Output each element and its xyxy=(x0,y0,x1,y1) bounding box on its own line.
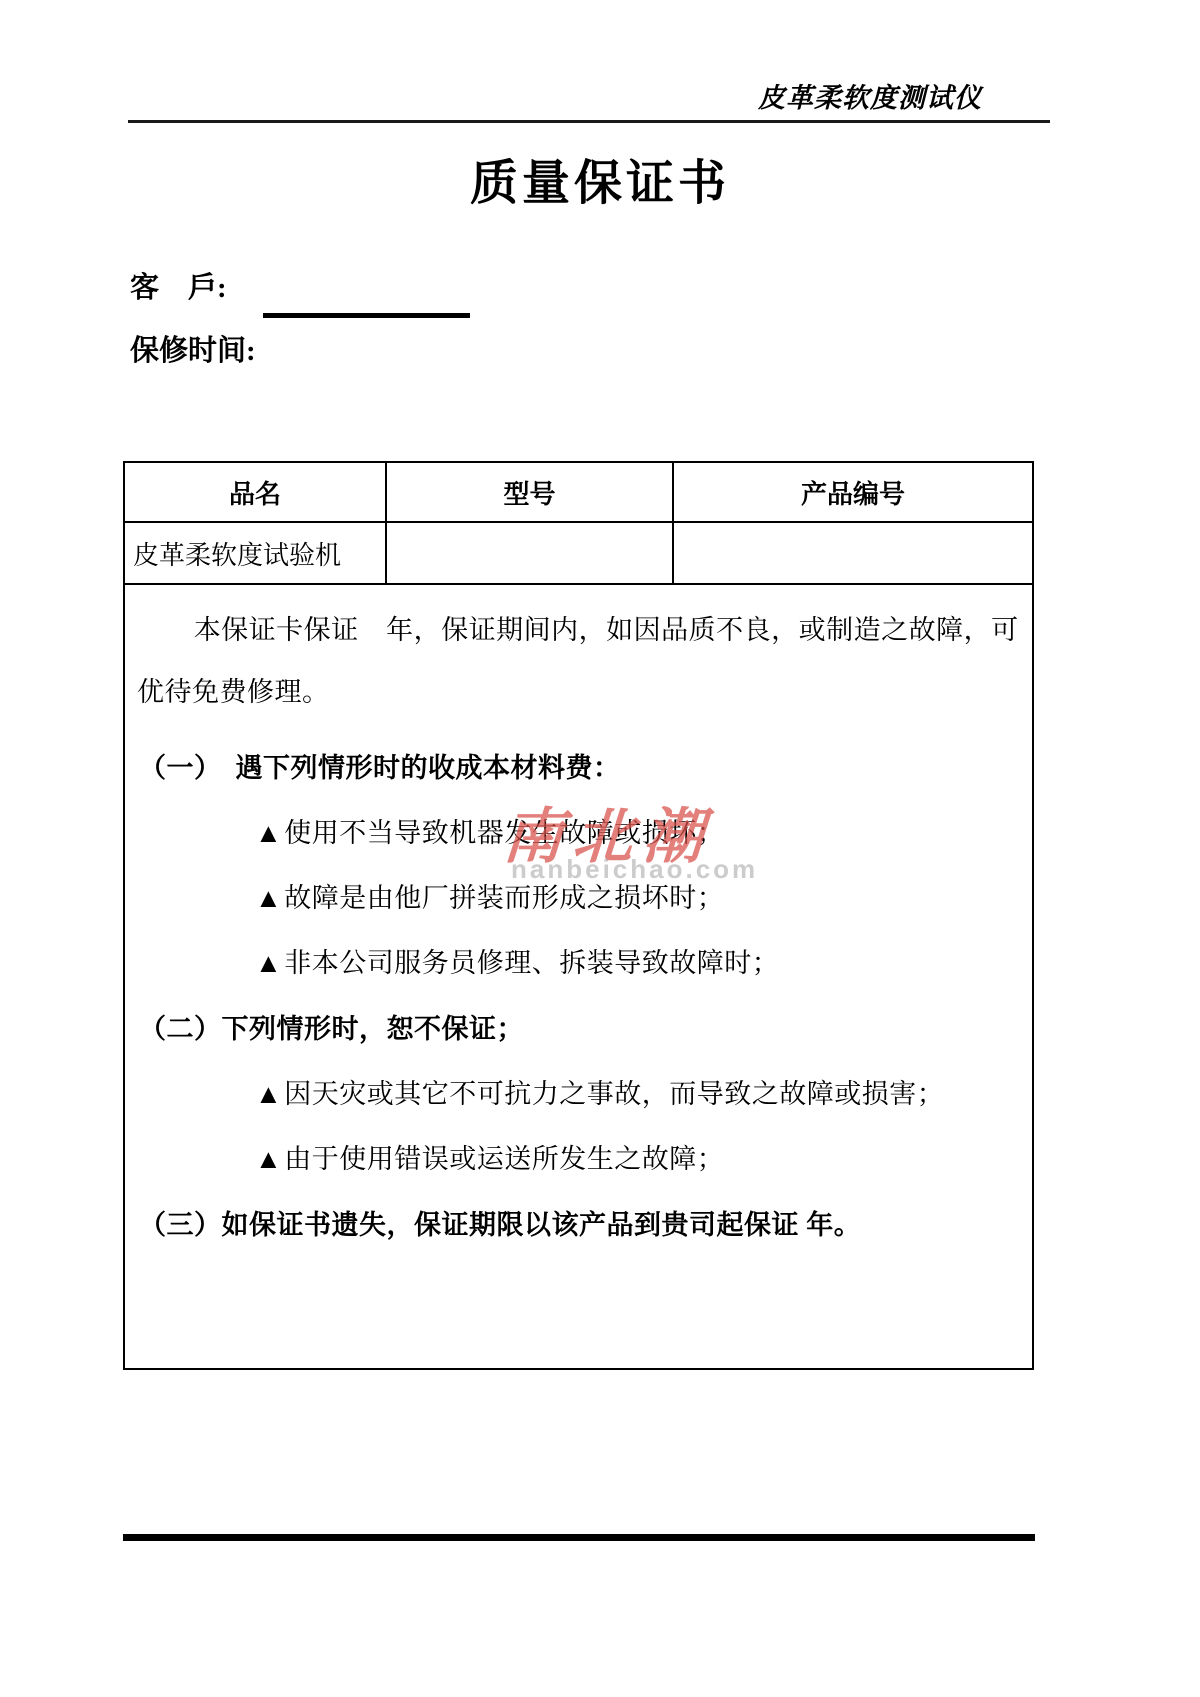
triangle-bullet-icon: ▲ xyxy=(255,1144,282,1174)
cell-model-value xyxy=(386,522,673,584)
col-header-product-name: 品名 xyxy=(124,462,386,522)
table-row: 皮革柔软度试验机 xyxy=(124,522,1033,584)
list-item: ▲因天灾或其它不可抗力之事故，而导致之故障或损害； xyxy=(137,1073,1020,1115)
page-title: 质量保证书 xyxy=(0,144,1200,213)
document-page: 皮革柔软度测试仪 质量保证书 客 戶: 保修时间: 品名 型号 产品编号 皮革柔… xyxy=(0,0,1200,1697)
warranty-intro-paragraph: 本保证卡保证 年，保证期间内，如因品质不良，或制造之故障，可优待免费修理。 xyxy=(137,599,1020,723)
footer-rule xyxy=(123,1534,1035,1541)
section-3-heading: （三）如保证书遗失，保证期限以该产品到贵司起保证 年。 xyxy=(137,1204,1020,1246)
section-1-heading: （一） 遇下列情形时的收成本材料费： xyxy=(137,747,1020,789)
customer-fill-line xyxy=(263,313,470,318)
terms-row: 本保证卡保证 年，保证期间内，如因品质不良，或制造之故障，可优待免费修理。 （一… xyxy=(124,584,1033,1369)
list-item-text: 由于使用错误或运送所发生之故障； xyxy=(284,1144,724,1174)
customer-label: 客 戶: xyxy=(130,265,227,306)
list-item: ▲非本公司服务员修理、拆装导致故障时； xyxy=(137,942,1020,984)
triangle-bullet-icon: ▲ xyxy=(255,883,282,913)
warranty-label: 保修时间: xyxy=(130,328,256,369)
triangle-bullet-icon: ▲ xyxy=(255,818,282,848)
section-2-heading: （二）下列情形时，恕不保证； xyxy=(137,1008,1020,1050)
list-item-text: 因天灾或其它不可抗力之事故，而导致之故障或损害； xyxy=(284,1079,944,1109)
cell-product-name: 皮革柔软度试验机 xyxy=(124,522,386,584)
list-item-text: 非本公司服务员修理、拆装导致故障时； xyxy=(284,948,779,978)
list-item: ▲由于使用错误或运送所发生之故障； xyxy=(137,1138,1020,1180)
col-header-model: 型号 xyxy=(386,462,673,522)
table-header-row: 品名 型号 产品编号 xyxy=(124,462,1033,522)
col-header-product-number: 产品编号 xyxy=(673,462,1033,522)
header-brand: 皮革柔软度测试仪 xyxy=(758,76,982,115)
list-item-text: 故障是由他厂拼装而形成之损坏时； xyxy=(284,883,724,913)
list-item-text: 使用不当导致机器发生故障或损坏； xyxy=(284,818,724,848)
triangle-bullet-icon: ▲ xyxy=(255,948,282,978)
terms-cell: 本保证卡保证 年，保证期间内，如因品质不良，或制造之故障，可优待免费修理。 （一… xyxy=(124,584,1033,1369)
list-item: ▲使用不当导致机器发生故障或损坏； xyxy=(137,812,1020,854)
product-table: 品名 型号 产品编号 皮革柔软度试验机 本保证卡保证 年，保证期间内，如因品质不… xyxy=(123,461,1034,1370)
triangle-bullet-icon: ▲ xyxy=(255,1079,282,1109)
cell-product-number-value xyxy=(673,522,1033,584)
header-rule xyxy=(128,120,1050,123)
list-item: ▲故障是由他厂拼装而形成之损坏时； xyxy=(137,877,1020,919)
